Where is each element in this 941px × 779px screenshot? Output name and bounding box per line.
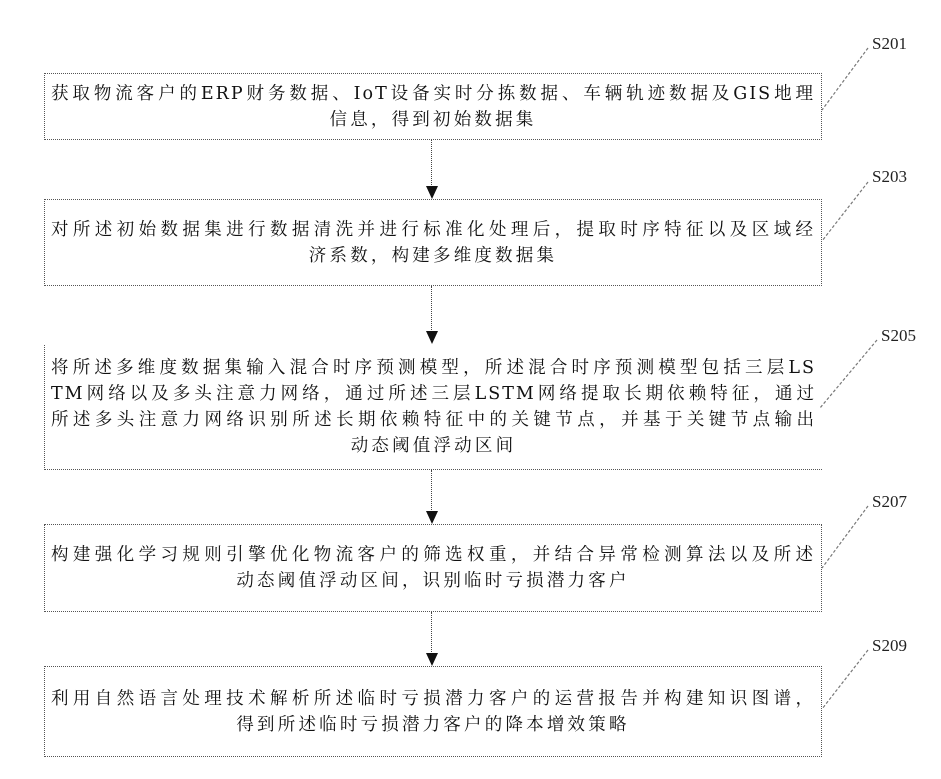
- label-leader-lines: [0, 0, 941, 779]
- leader-line-s201: [822, 48, 868, 110]
- leader-line-s203: [822, 182, 868, 241]
- leader-line-s207: [822, 506, 868, 568]
- leader-line-s205: [820, 340, 877, 408]
- leader-line-s209: [822, 650, 868, 709]
